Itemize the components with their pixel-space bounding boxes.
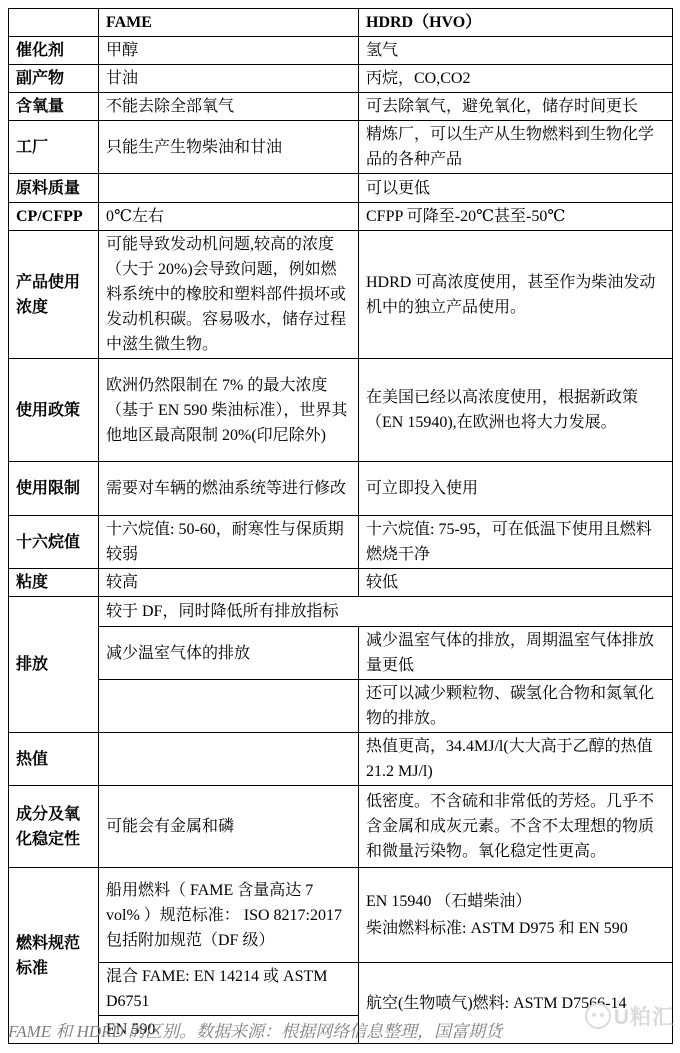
row-feedstock: 原料质量 可以更低: [9, 174, 673, 203]
row-emissions-merged-cell: 较于 DF，同时降低所有排放指标: [99, 597, 673, 627]
row-catalyst: 催化剂 甲醇 氢气: [9, 37, 673, 65]
row-emissions-ghg-hdrd: 减少温室气体的排放，周期温室气体排放量更低: [359, 627, 673, 680]
row-composition-fame: 可能会有金属和磷: [99, 786, 359, 868]
row-composition: 成分及氧化稳定性 可能会有金属和磷 低密度。不含硫和非常低的芳烃。几乎不含金属和…: [9, 786, 673, 868]
row-catalyst-hdrd: 氢气: [359, 37, 673, 65]
row-cp-cfpp-hdrd: CFPP 可降至-20℃甚至-50℃: [359, 203, 673, 231]
row-policy-fame: 欧洲仍然限制在 7% 的最大浓度（基于 EN 590 柴油标准），世界其他地区最…: [99, 359, 359, 462]
row-concentration-label: 产品使用浓度: [9, 231, 99, 359]
row-restriction: 使用限制 需要对车辆的燃油系统等进行修改 可立即投入使用: [9, 462, 673, 516]
row-oxygen-hdrd: 可去除氧气，避免氧化，储存时间更长: [359, 93, 673, 121]
row-concentration: 产品使用浓度 可能导致发动机问题,较高的浓度（大于 20%)会导致问题，例如燃料…: [9, 231, 673, 359]
row-feedstock-hdrd: 可以更低: [359, 174, 673, 203]
row-emissions-ghg-fame: 减少温室气体的排放: [99, 627, 359, 680]
row-restriction-hdrd: 可立即投入使用: [359, 462, 673, 516]
row-restriction-fame: 需要对车辆的燃油系统等进行修改: [99, 462, 359, 516]
header-row: FAME HDRD（HVO）: [9, 9, 673, 37]
row-cp-cfpp: CP/CFPP 0℃左右 CFPP 可降至-20℃甚至-50℃: [9, 203, 673, 231]
row-catalyst-label: 催化剂: [9, 37, 99, 65]
row-viscosity-hdrd: 较低: [359, 569, 673, 597]
row-oxygen-label: 含氧量: [9, 93, 99, 121]
header-hdrd: HDRD（HVO）: [359, 9, 673, 37]
row-oxygen: 含氧量 不能去除全部氧气 可去除氧气，避免氧化，储存时间更长: [9, 93, 673, 121]
row-cetane-label: 十六烷值: [9, 516, 99, 569]
page: { "table": { "header": { "col0": "", "co…: [0, 0, 680, 1053]
row-policy-hdrd: 在美国已经以高浓度使用，根据新政策（EN 15940),在欧洲也将大力发展。: [359, 359, 673, 462]
row-heating-value: 热值 热值更高，34.4MJ/l(大大高于乙醇的热值 21.2 MJ/l): [9, 733, 673, 786]
row-plant-label: 工厂: [9, 121, 99, 174]
row-heating-value-fame: [99, 733, 359, 786]
row-byproduct: 副产物 甘油 丙烷，CO,CO2: [9, 65, 673, 93]
row-composition-label: 成分及氧化稳定性: [9, 786, 99, 868]
row-oxygen-fame: 不能去除全部氧气: [99, 93, 359, 121]
row-cp-cfpp-label: CP/CFPP: [9, 203, 99, 231]
row-viscosity: 粘度 较高 较低: [9, 569, 673, 597]
watermark: U粕汇: [585, 1001, 674, 1031]
header-fame: FAME: [99, 9, 359, 37]
row-plant-fame: 只能生产生物柴油和甘油: [99, 121, 359, 174]
row-plant: 工厂 只能生产生物柴油和甘油 精炼厂，可以生产从生物燃料到生物化学品的各种产品: [9, 121, 673, 174]
row-viscosity-fame: 较高: [99, 569, 359, 597]
row-emissions-other: 还可以减少颗粒物、碳氢化合物和氮氧化物的排放。: [9, 680, 673, 733]
hdrd-paraffinic-standard: EN 15940 （石蜡柴油）: [366, 889, 665, 914]
row-heating-value-label: 热值: [9, 733, 99, 786]
row-fuel-spec-label: 燃料规范标准: [9, 868, 99, 1044]
row-heating-value-hdrd: 热值更高，34.4MJ/l(大大高于乙醇的热值 21.2 MJ/l): [359, 733, 673, 786]
row-byproduct-fame: 甘油: [99, 65, 359, 93]
row-feedstock-label: 原料质量: [9, 174, 99, 203]
row-fuel-spec-fame-blend: 混合 FAME: EN 14214 或 ASTM D6751: [99, 963, 359, 1016]
row-concentration-fame: 可能导致发动机问题,较高的浓度（大于 20%)会导致问题，例如燃料系统中的橡胶和…: [99, 231, 359, 359]
header-empty-cell: [9, 9, 99, 37]
row-plant-hdrd: 精炼厂，可以生产从生物燃料到生物化学品的各种产品: [359, 121, 673, 174]
watermark-text: U粕汇: [614, 1001, 674, 1031]
row-byproduct-hdrd: 丙烷，CO,CO2: [359, 65, 673, 93]
row-catalyst-fame: 甲醇: [99, 37, 359, 65]
row-cetane-hdrd: 十六烷值: 75-95，可在低温下使用且燃料燃烧干净: [359, 516, 673, 569]
row-cetane: 十六烷值 十六烷值: 50-60，耐寒性与保质期较弱 十六烷值: 75-95，可…: [9, 516, 673, 569]
row-emissions-ghg: 减少温室气体的排放 减少温室气体的排放，周期温室气体排放量更低: [9, 627, 673, 680]
row-fuel-spec-fame-marine: 船用燃料（ FAME 含量高达 7 vol% ）规范标准： ISO 8217:2…: [99, 868, 359, 963]
row-emissions-other-fame: [99, 680, 359, 733]
comparison-table: FAME HDRD（HVO） 催化剂 甲醇 氢气 副产物 甘油 丙烷，CO,CO…: [8, 8, 673, 1044]
table-caption: FAME 和 HDRD 的区别。数据来源：根据网络信息整理，国富期货: [8, 1019, 608, 1045]
row-fuel-spec-hdrd-standards: EN 15940 （石蜡柴油） 柴油燃料标准: ASTM D975 和 EN 5…: [359, 868, 673, 963]
row-policy: 使用政策 欧洲仍然限制在 7% 的最大浓度（基于 EN 590 柴油标准），世界…: [9, 359, 673, 462]
hdrd-diesel-standard: 柴油燃料标准: ASTM D975 和 EN 590: [366, 916, 665, 941]
row-emissions-other-hdrd: 还可以减少颗粒物、碳氢化合物和氮氧化物的排放。: [359, 680, 673, 733]
row-concentration-hdrd: HDRD 可高浓度使用，甚至作为柴油发动机中的独立产品使用。: [359, 231, 673, 359]
row-cetane-fame: 十六烷值: 50-60，耐寒性与保质期较弱: [99, 516, 359, 569]
watermark-logo-icon: [585, 1003, 611, 1029]
row-fuel-spec-b: 混合 FAME: EN 14214 或 ASTM D6751 航空(生物喷气)燃…: [9, 963, 673, 1016]
row-viscosity-label: 粘度: [9, 569, 99, 597]
row-byproduct-label: 副产物: [9, 65, 99, 93]
row-policy-label: 使用政策: [9, 359, 99, 462]
row-feedstock-fame: [99, 174, 359, 203]
row-emissions-merged: 排放 较于 DF，同时降低所有排放指标: [9, 597, 673, 627]
row-composition-hdrd: 低密度。不含硫和非常低的芳烃。几乎不含金属和成灰元素。不含不太理想的物质和微量污…: [359, 786, 673, 868]
row-cp-cfpp-fame: 0℃左右: [99, 203, 359, 231]
row-fuel-spec-a: 燃料规范标准 船用燃料（ FAME 含量高达 7 vol% ）规范标准： ISO…: [9, 868, 673, 963]
row-emissions-label: 排放: [9, 597, 99, 733]
row-restriction-label: 使用限制: [9, 462, 99, 516]
